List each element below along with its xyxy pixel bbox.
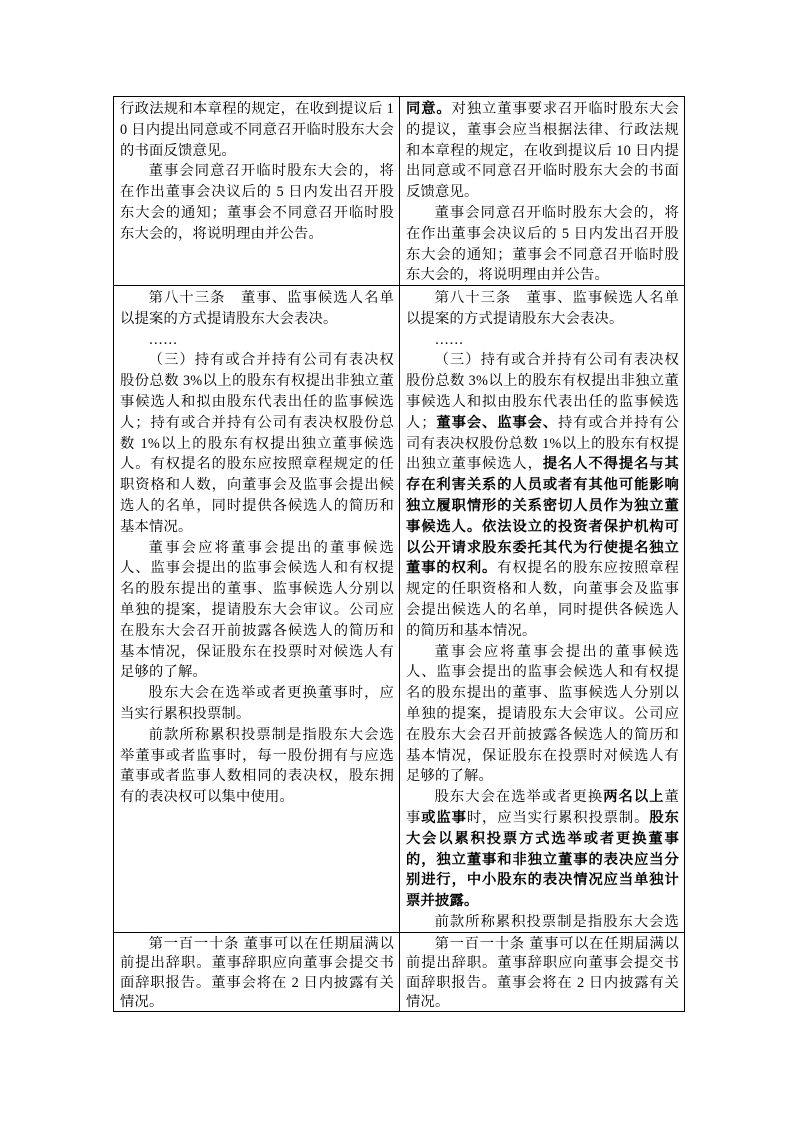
paragraph: …… [406,330,679,351]
paragraph: 董事会同意召开临时股东大会的，将在作出董事会决议后的 5 日内发出召开股东大会的… [120,161,394,244]
text-run: 第八十三条 董事、监事候选人名单以提案的方式提请股东大会表决。 [120,290,394,327]
paragraph: 董事会同意召开临时股东大会的，将在作出董事会决议后的 5 日内发出召开股东大会的… [406,203,679,285]
document-page: 行政法规和本章程的规定，在收到提议后 10 日内提出同意或不同意召开临时股东大会… [0,0,793,1122]
text-run: 前款所称累积投票制是指股东大会选举董事或者监事时，每一股份拥有与应选董事或者监事… [406,914,679,932]
paragraph: 股东大会在选举或者更换两名以上董事或监事时，应当实行累积投票制。股东大会以累积投… [406,787,679,912]
table-row: 第一百一十条 董事可以在任期届满以前提出辞职。董事辞职应向董事会提交书面辞职报告… [114,932,684,1011]
text-run: 第一百一十条 董事可以在任期届满以前提出辞职。董事辞职应向董事会提交书面辞职报告… [406,936,679,1010]
amended-text-run: 或监事 [421,810,467,826]
paragraph: 前款所称累积投票制是指股东大会选举董事或者监事时，每一股份拥有与应选董事或者监事… [120,725,394,808]
table-row: 行政法规和本章程的规定，在收到提议后 10 日内提出同意或不同意召开临时股东大会… [114,97,684,285]
table-cell-new: 第一百一十条 董事可以在任期届满以前提出辞职。董事辞职应向董事会提交书面辞职报告… [399,933,684,1011]
table-cell-new: 同意。对独立董事要求召开临时股东大会的提议，董事会应当根据法律、行政法规和本章程… [399,97,684,285]
text-run: 董事会应将董事会提出的董事候选人、监事会提出的监事会候选人和有权提名的股东提出的… [406,644,679,785]
table-cell-new: 第八十三条 董事、监事候选人名单以提案的方式提请股东大会表决。……（三）持有或合… [399,286,684,932]
table-row: 第八十三条 董事、监事候选人名单以提案的方式提请股东大会表决。……（三）持有或合… [114,285,684,932]
amended-text-run: 同意。 [406,101,452,117]
paragraph: …… [120,330,394,351]
paragraph: 股东大会在选举或者更换董事时，应当实行累积投票制。 [120,683,394,725]
table-cell-old: 行政法规和本章程的规定，在收到提议后 10 日内提出同意或不同意召开临时股东大会… [114,97,399,285]
text-run: 董事会应将董事会提出的董事候选人、监事会提出的监事会候选人和有权提名的股东提出的… [120,540,394,681]
table-cell-old: 第一百一十条 董事可以在任期届满以前提出辞职。董事辞职应向董事会提交书面辞职报告… [114,933,399,1011]
paragraph: （三）持有或合并持有公司有表决权股份总数 3%以上的股东有权提出非独立董事候选人… [120,350,394,537]
paragraph: 董事会应将董事会提出的董事候选人、监事会提出的监事会候选人和有权提名的股东提出的… [120,538,394,684]
text-run: 股东大会在选举或者更换 [435,789,604,805]
amended-text-run: 董事会、监事会、 [436,415,558,431]
text-run: 第八十三条 董事、监事候选人名单以提案的方式提请股东大会表决。 [406,290,679,327]
table-cell-old: 第八十三条 董事、监事候选人名单以提案的方式提请股东大会表决。……（三）持有或合… [114,286,399,932]
paragraph: （三）持有或合并持有公司有表决权股份总数 3%以上的股东有权提出非独立董事候选人… [406,350,679,641]
paragraph: 第八十三条 董事、监事候选人名单以提案的方式提请股东大会表决。 [406,288,679,330]
paragraph: 行政法规和本章程的规定，在收到提议后 10 日内提出同意或不同意召开临时股东大会… [120,99,394,161]
text-run: 董事会同意召开临时股东大会的，将在作出董事会决议后的 5 日内发出召开股东大会的… [120,163,394,241]
text-run: 前款所称累积投票制是指股东大会选举董事或者监事时，每一股份拥有与应选董事或者监事… [120,727,394,805]
paragraph: 同意。对独立董事要求召开临时股东大会的提议，董事会应当根据法律、行政法规和本章程… [406,99,679,203]
text-run: 行政法规和本章程的规定，在收到提议后 10 日内提出同意或不同意召开临时股东大会… [120,101,394,159]
amended-text-run: 两名以上 [603,789,664,805]
text-run: （三）持有或合并持有公司有表决权股份总数 3%以上的股东有权提出非独立董事候选人… [120,352,394,534]
paragraph: 前款所称累积投票制是指股东大会选举董事或者监事时，每一股份拥有与应选董事或者监事… [406,912,679,932]
text-run: …… [435,332,464,348]
text-run: 股东大会在选举或者更换董事时，应当实行累积投票制。 [120,685,394,722]
amended-text-run: 提名人不得提名与其存在利害关系的人员或者有其他可能影响独立履职情形的关系密切人员… [406,456,679,576]
text-run: …… [149,332,178,348]
paragraph: 董事会应将董事会提出的董事候选人、监事会提出的监事会候选人和有权提名的股东提出的… [406,642,679,788]
paragraph: 第一百一十条 董事可以在任期届满以前提出辞职。董事辞职应向董事会提交书面辞职报告… [120,935,394,1011]
comparison-table: 行政法规和本章程的规定，在收到提议后 10 日内提出同意或不同意召开临时股东大会… [113,96,685,1012]
paragraph: 第一百一十条 董事可以在任期届满以前提出辞职。董事辞职应向董事会提交书面辞职报告… [406,935,679,1011]
text-run: 第一百一十条 董事可以在任期届满以前提出辞职。董事辞职应向董事会提交书面辞职报告… [120,936,394,1010]
text-run: 董事会同意召开临时股东大会的，将在作出董事会决议后的 5 日内发出召开股东大会的… [406,205,679,283]
paragraph: 第八十三条 董事、监事候选人名单以提案的方式提请股东大会表决。 [120,288,394,330]
text-run: 时，应当实行累积投票制。 [467,810,649,826]
